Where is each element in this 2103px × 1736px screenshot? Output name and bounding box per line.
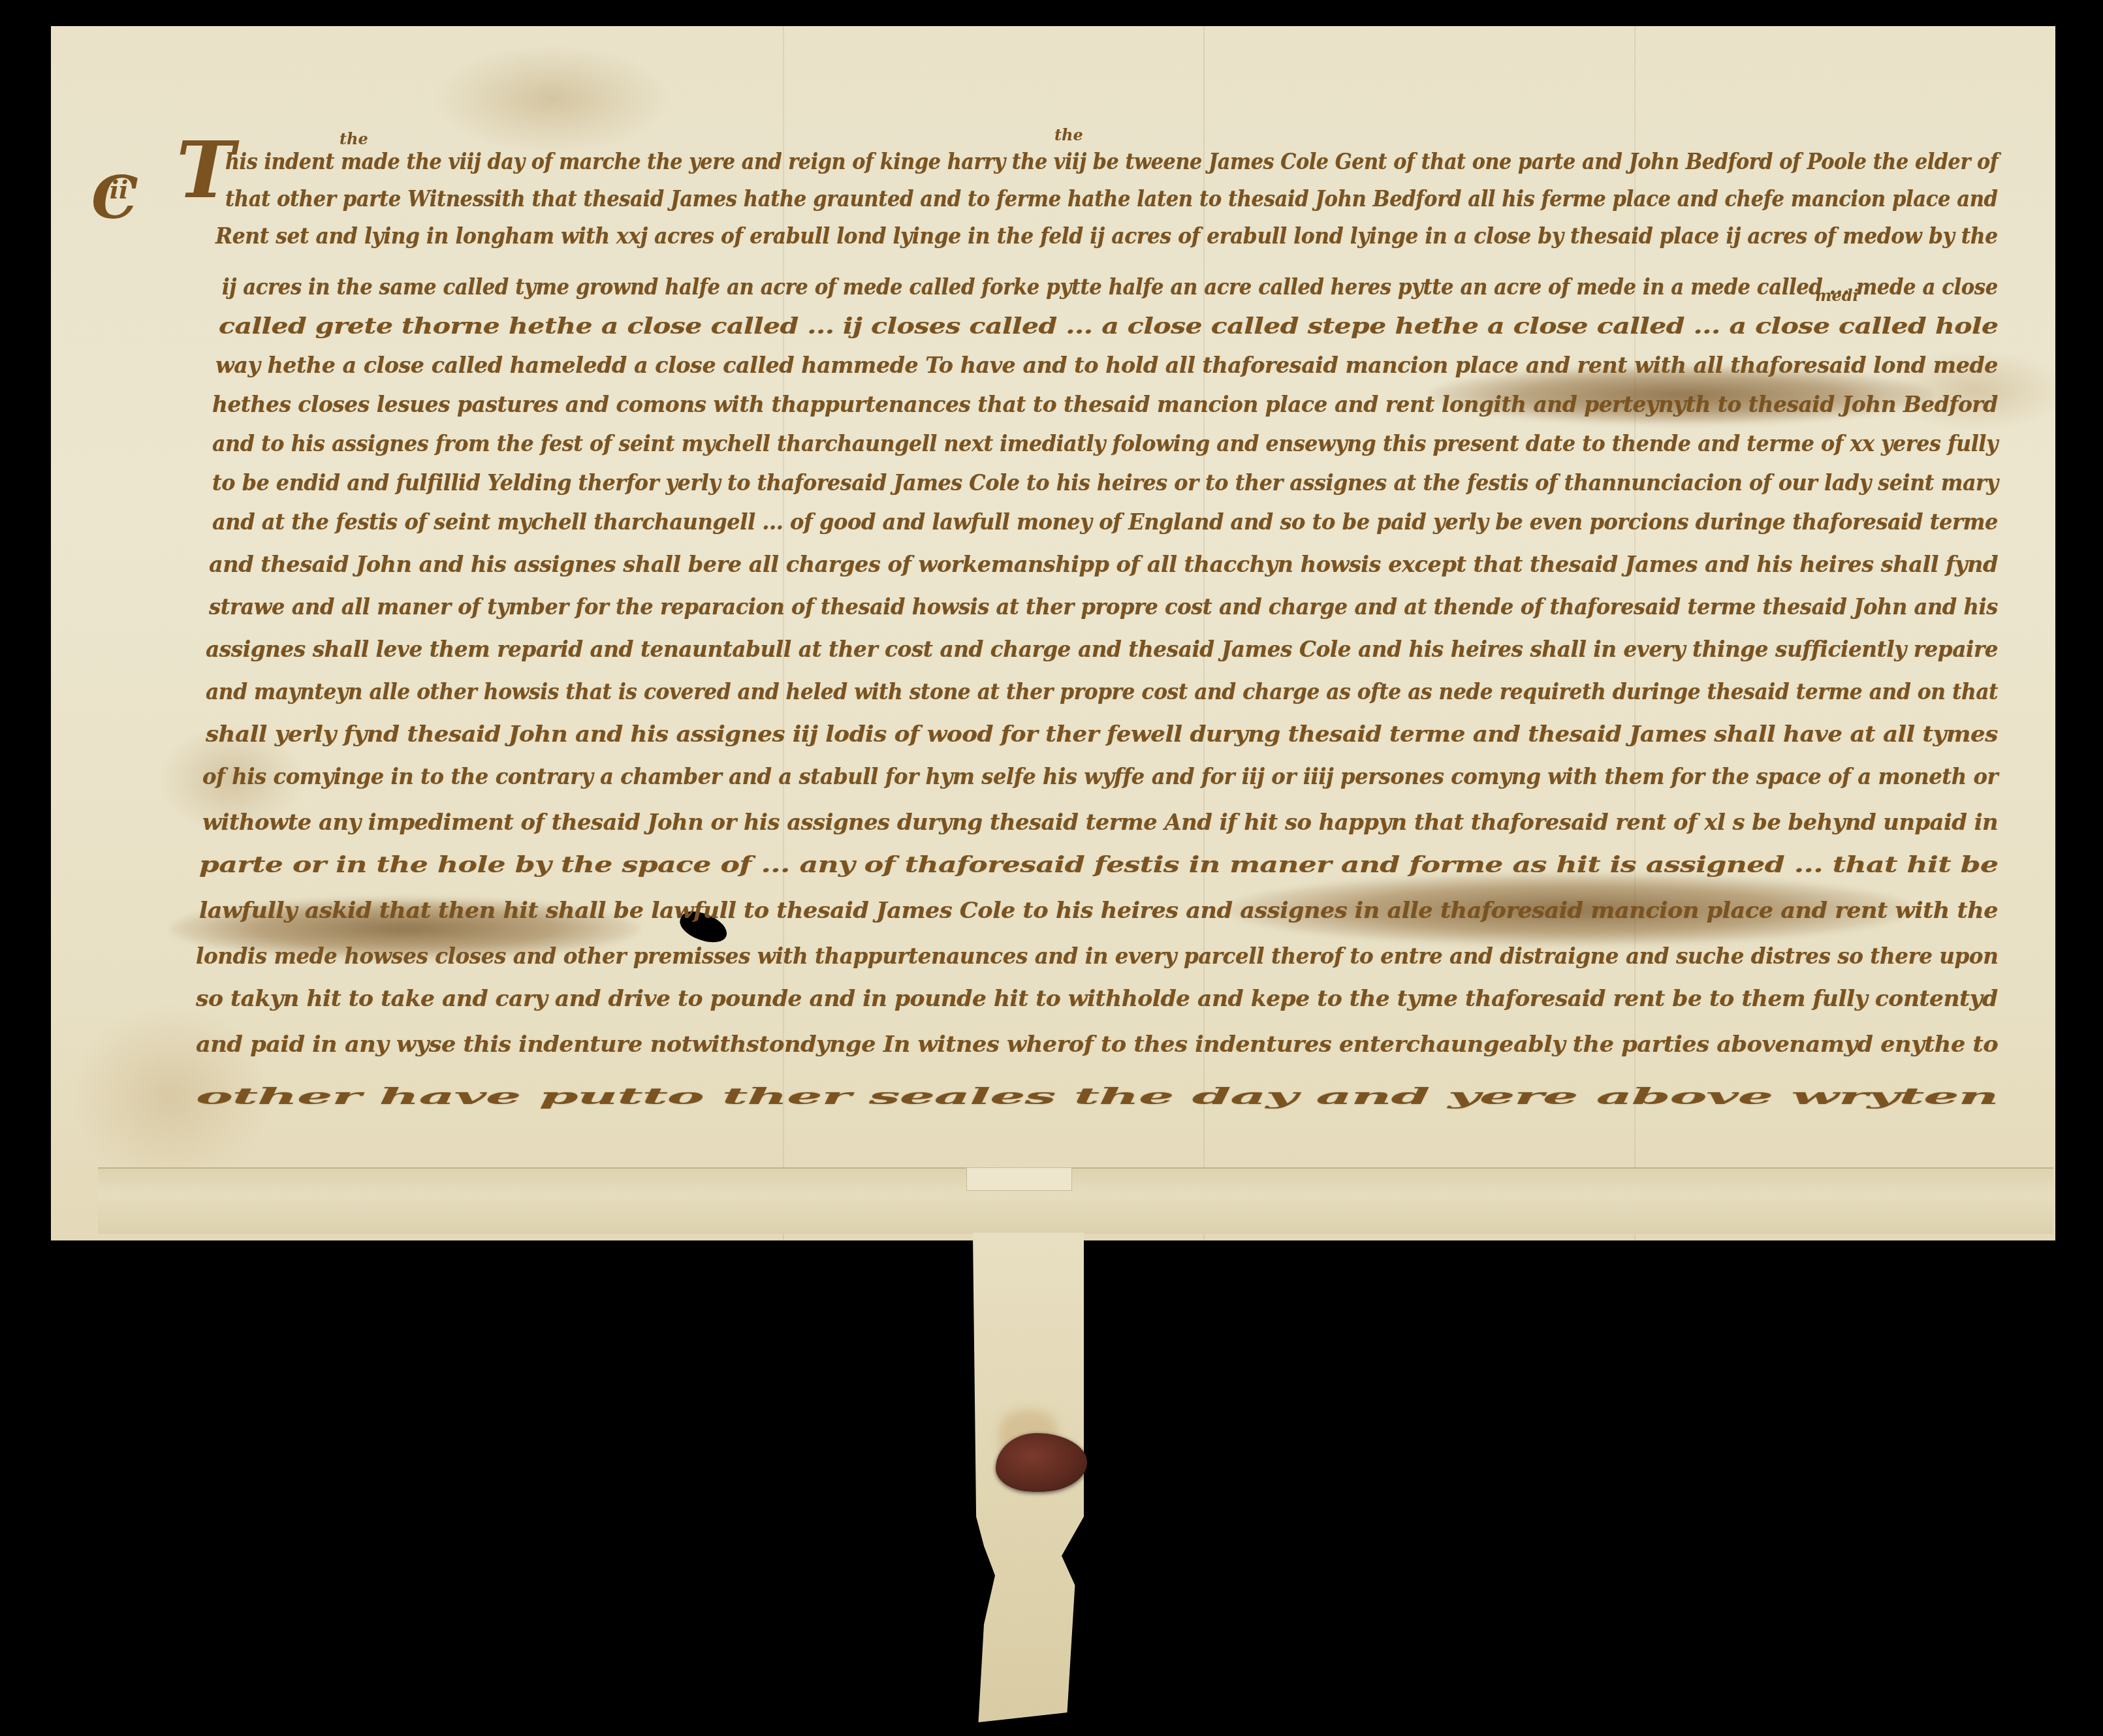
text-line: strawe and all maner of tymber for the r…	[209, 594, 1998, 620]
text-line: shall yerly fynd thesaid John and his as…	[206, 721, 1998, 748]
tag-slit	[966, 1167, 1072, 1191]
text-line: and maynteyn alle other howsis that is c…	[206, 679, 1998, 705]
text-line: to be endid and fulfillid Yelding therfo…	[212, 470, 1998, 496]
text-line: called grete thorne hethe a close called…	[219, 313, 1999, 339]
text-line: withowte any impediment of thesaid John …	[202, 810, 1998, 836]
text-line: so takyn hit to take and cary and drive …	[196, 986, 1998, 1012]
text-line: parte or in the hole by the space of ...…	[199, 852, 1999, 878]
text-line: ij acres in the same called tyme grownd …	[222, 274, 1998, 300]
text-line: that other parte Witnessith that thesaid…	[225, 186, 1998, 212]
text-line: and thesaid John and his assignes shall …	[209, 552, 1998, 578]
text-line: other have putto ther seales the day and…	[196, 1084, 1998, 1110]
text-line: Rent set and lying in longham with xxj a…	[215, 223, 1998, 249]
text-line: way hethe a close called hameledd a clos…	[215, 353, 1998, 379]
text-line: hethes closes lesues pastures and comons…	[212, 392, 1998, 418]
text-line: and to his assignes from the fest of sei…	[212, 431, 1998, 457]
wax-seal	[996, 1433, 1087, 1492]
text-line: londis mede howses closes and other prem…	[196, 943, 1998, 970]
text-line: of his comyinge in to the contrary a cha…	[202, 764, 1998, 790]
text-line: and at the festis of seint mychell tharc…	[212, 509, 1998, 535]
text-line: assignes shall leve them reparid and ten…	[206, 637, 1998, 663]
text-line: and paid in any wyse this indenture notw…	[196, 1032, 1998, 1058]
image-stage: Cii T the the medi his indent made the v…	[0, 0, 2103, 1736]
text-line: lawfully askid that then hit shall be la…	[199, 898, 1998, 924]
plica-fold	[98, 1167, 2053, 1234]
text-line: his indent made the viij day of marche t…	[225, 149, 1797, 175]
